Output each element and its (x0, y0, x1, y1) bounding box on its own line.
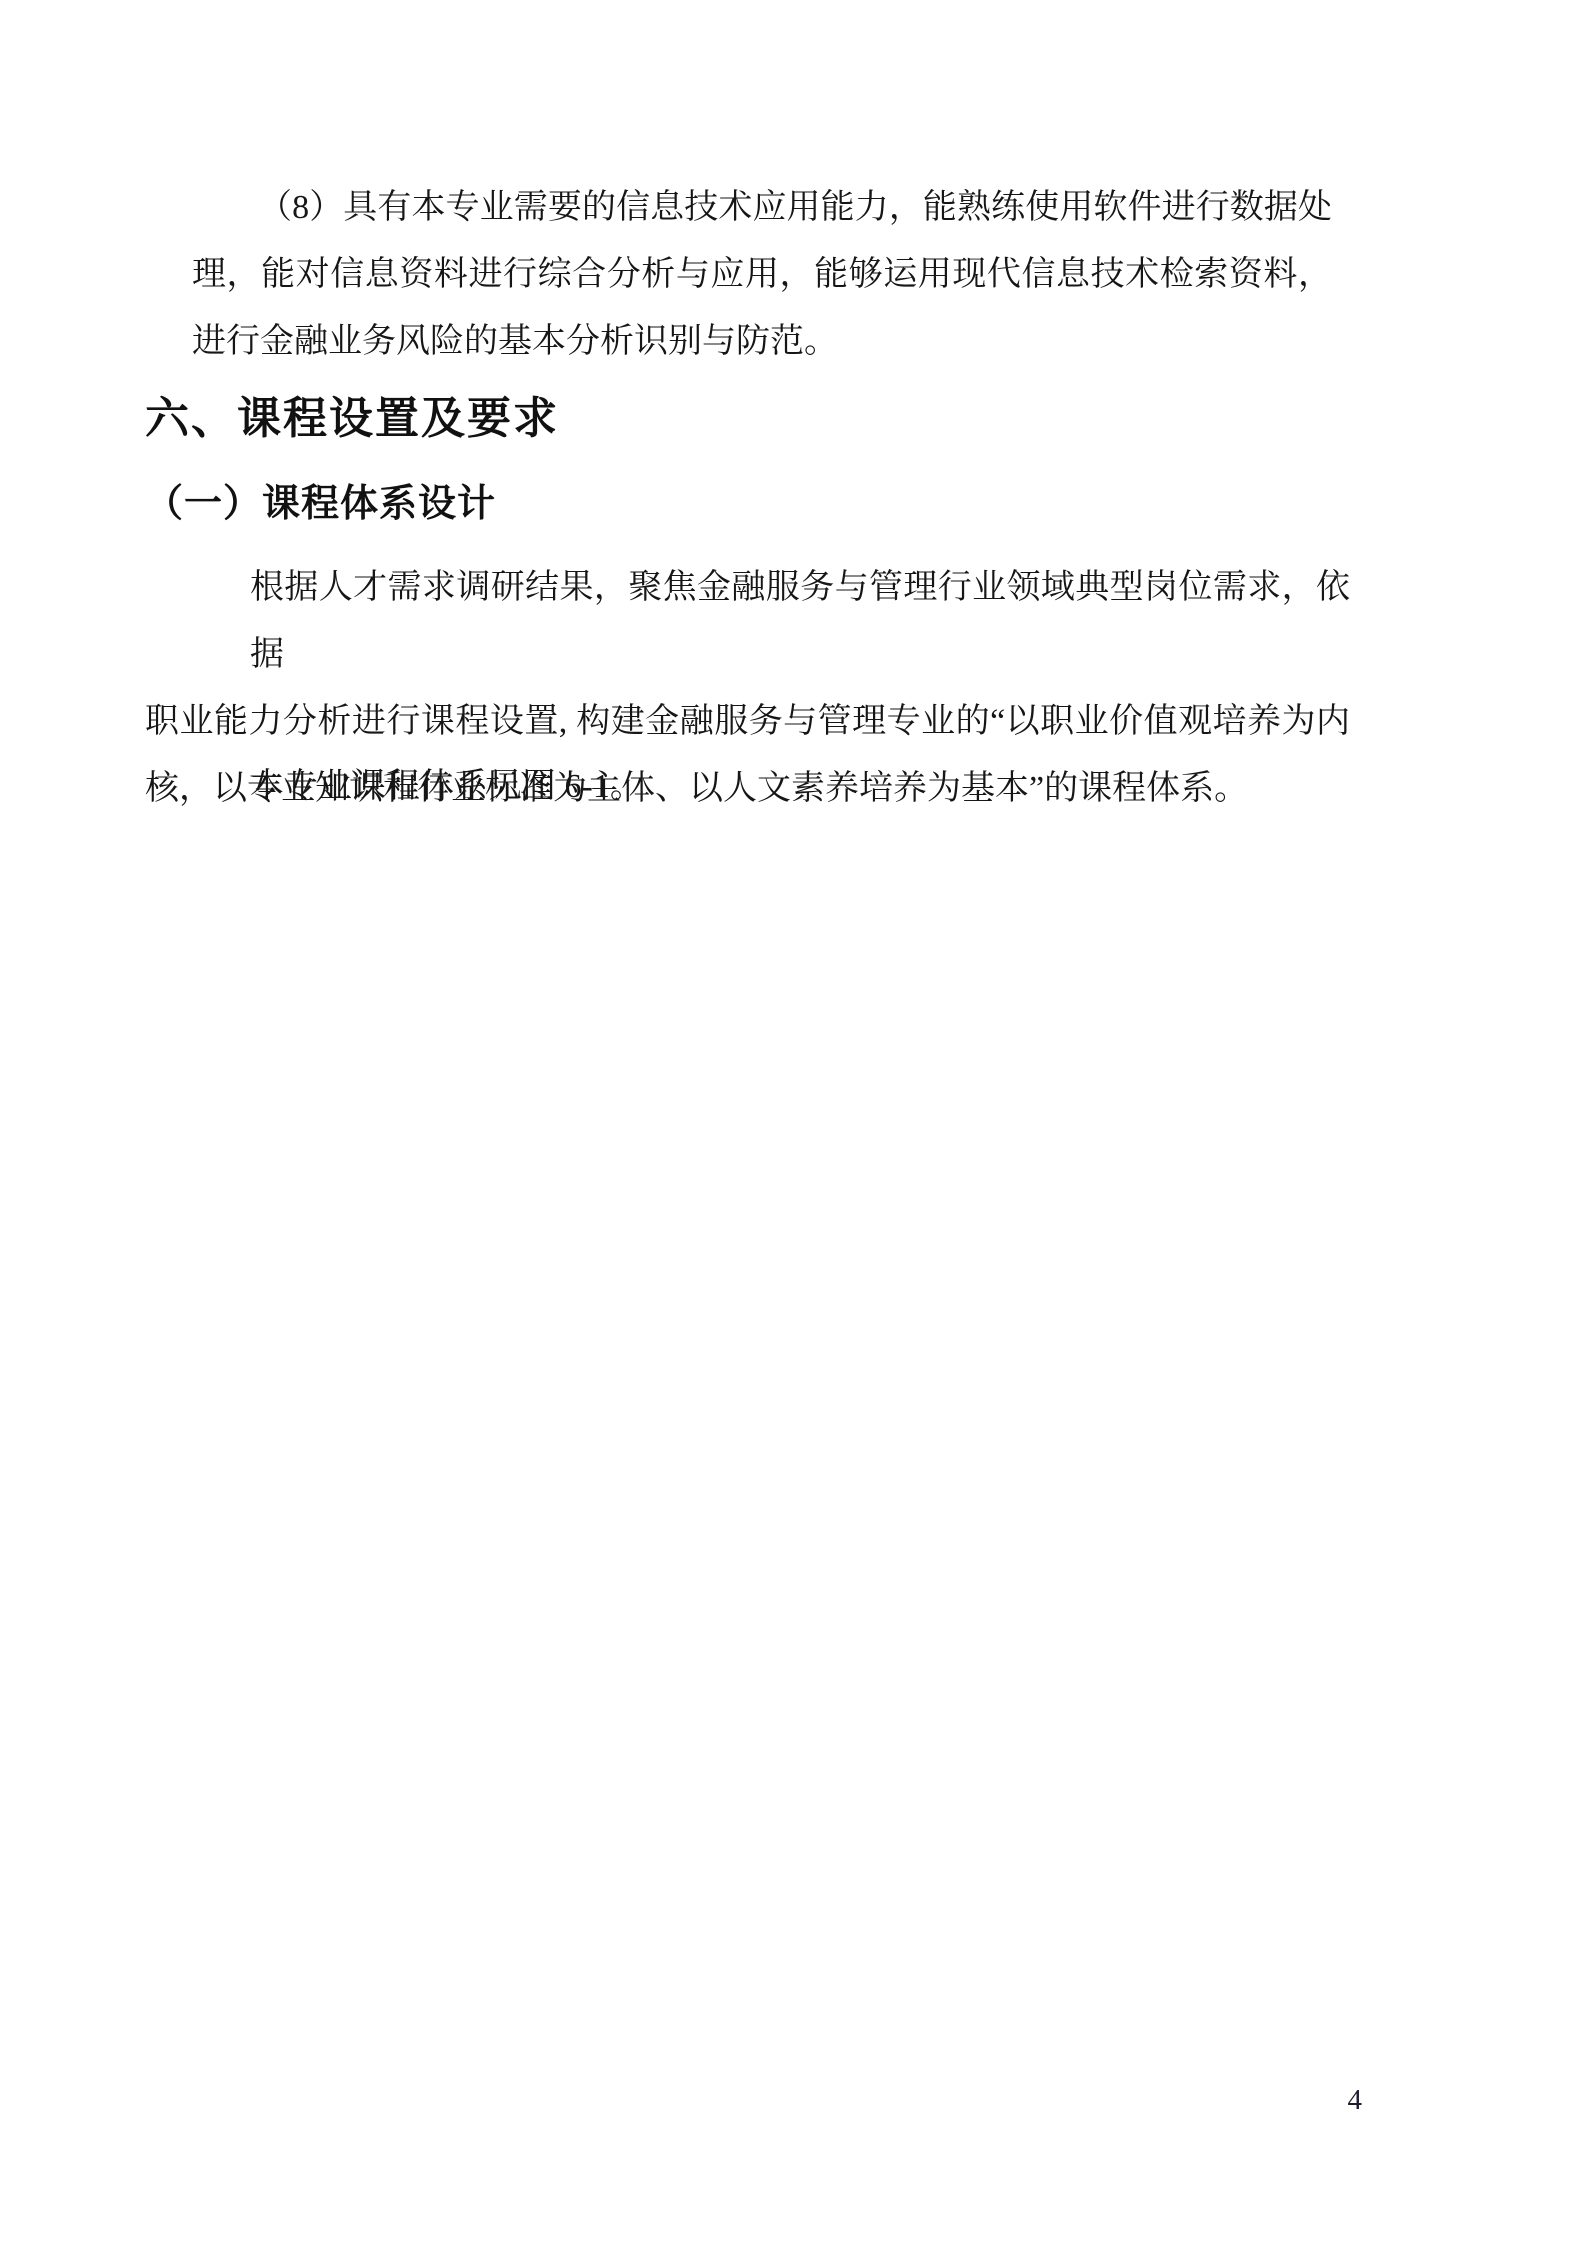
page-number: 4 (1262, 2083, 1362, 2117)
paragraph-line: 职业能力分析进行课程设置, 构建金融服务与管理专业的“以职业价值观培养为内 (145, 688, 1350, 755)
paragraph-info-tech-ability: （8）具有本专业需要的信息技术应用能力，能熟练使用软件进行数据处 理，能对信息资… (192, 174, 1332, 375)
subsection-heading-curriculum-design: （一）课程体系设计 (145, 479, 496, 529)
document-page: （8）具有本专业需要的信息技术应用能力，能熟练使用软件进行数据处 理，能对信息资… (0, 0, 1587, 2245)
paragraph-line: 进行金融业务风险的基本分析识别与防范。 (192, 308, 1332, 375)
paragraph-line: （8）具有本专业需要的信息技术应用能力，能熟练使用软件进行数据处 (192, 174, 1332, 241)
paragraph-line: 根据人才需求调研结果，聚焦金融服务与管理行业领域典型岗位需求，依据 (145, 554, 1350, 688)
paragraph-figure-reference: 本专业课程体系见图 6-1。 (145, 753, 1455, 820)
section-heading-course-setup: 六、课程设置及要求 (145, 391, 559, 447)
paragraph-line: 理，能对信息资料进行综合分析与应用，能够运用现代信息技术检索资料， (192, 241, 1332, 308)
